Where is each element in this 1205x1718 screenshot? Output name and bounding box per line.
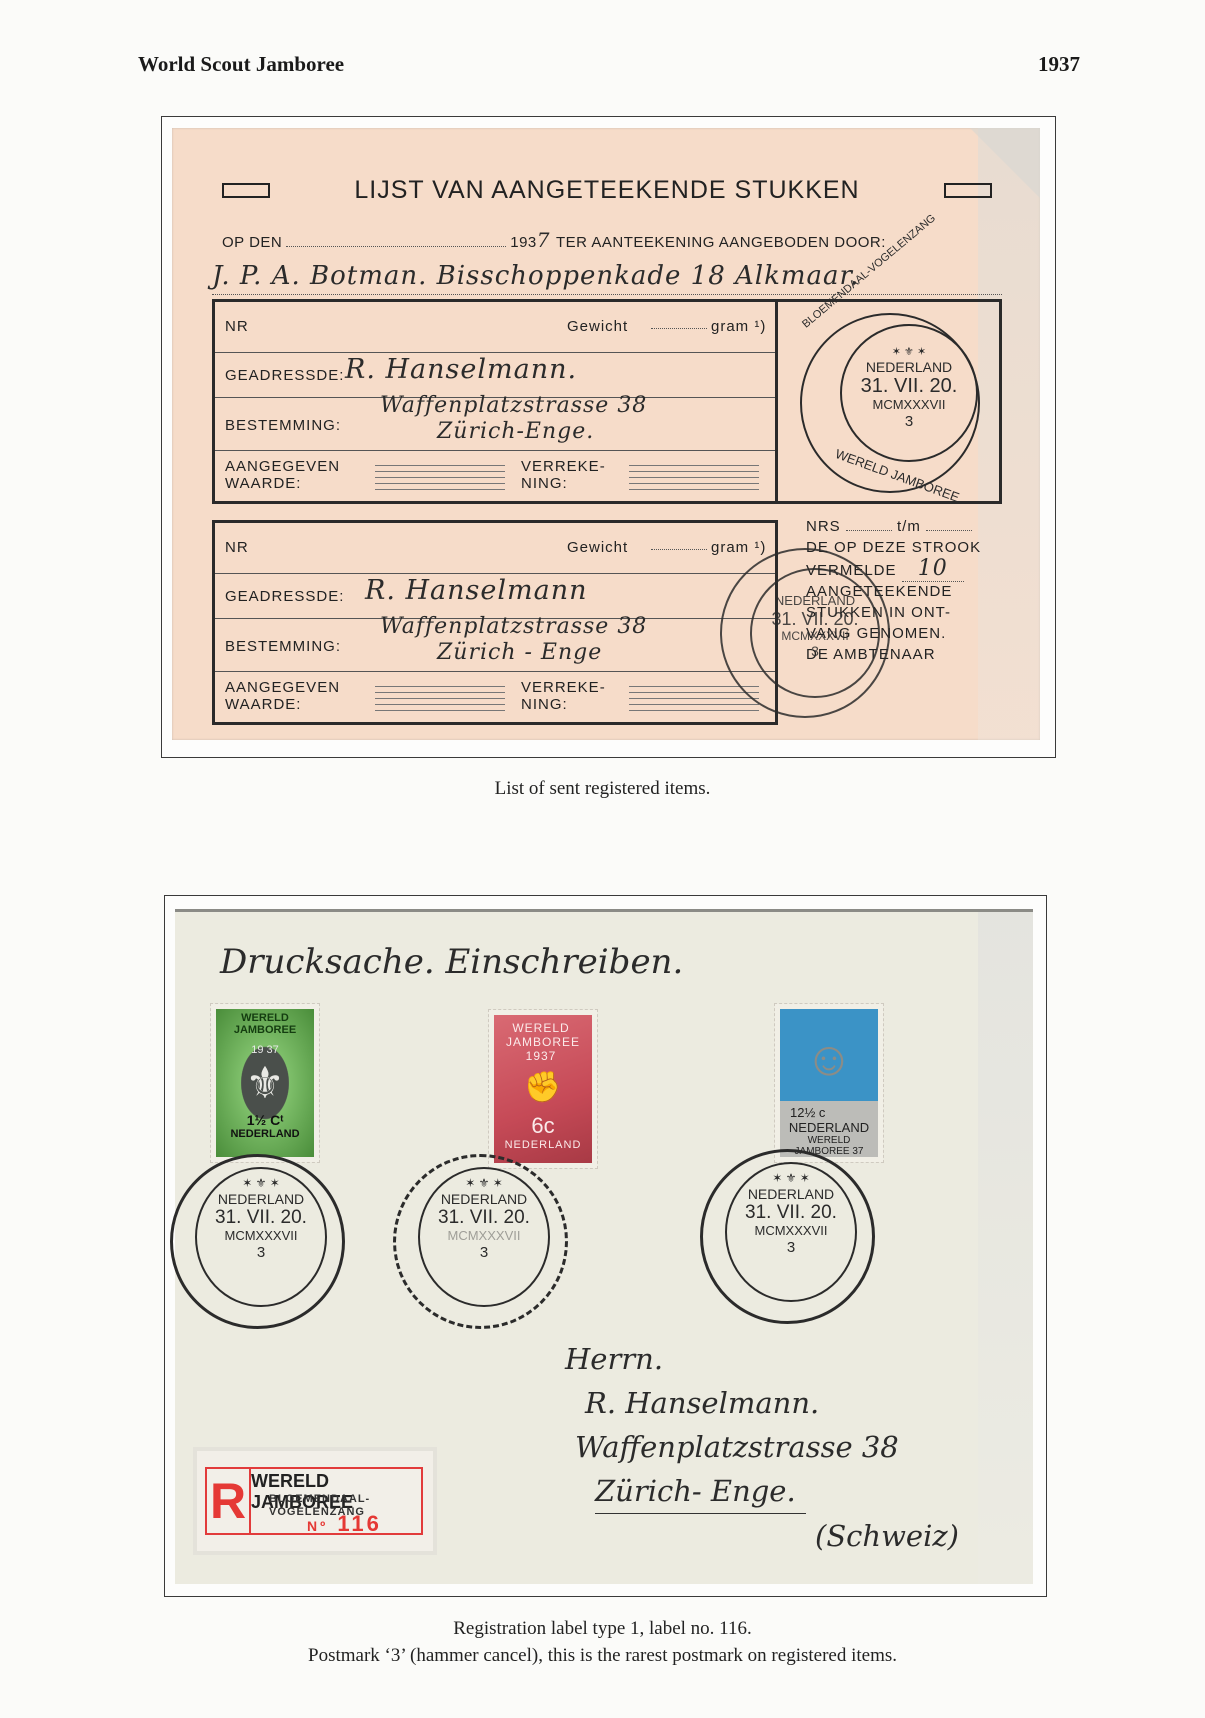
entry-2: NR Gewicht gram ¹) GEADRESSDE: R. Hansel… (212, 520, 778, 725)
reg-label-number: Nº 116 (307, 1511, 382, 1537)
gewicht-dots (651, 316, 707, 329)
protective-sleeve (978, 912, 1033, 1584)
postmark-form-2: NEDERLAND 31. VII. 20. MCMXXXVII 3 (750, 568, 880, 698)
gram-label: gram ¹) (711, 318, 766, 335)
registration-list-form: LIJST VAN AANGETEEKENDE STUKKEN OP DEN 1… (172, 128, 1040, 740)
fleur-de-lis-icon: ⚜ (216, 1056, 314, 1112)
entry-2-geadressde-row: GEADRESSDE: R. Hanselmann (215, 573, 775, 619)
geadressde-hand: R. Hanselmann (365, 575, 587, 606)
registration-label: R WERELD JAMBOREE BLOEMENDAAL- VOGELENZA… (197, 1451, 433, 1551)
ter-aanteekening-label: TER AANTEEKENING AANGEBODEN DOOR: (556, 234, 886, 251)
aangegeven-label: AANGEGEVENWAARDE: (225, 679, 340, 713)
verreke-label: VERREKE-NING: (521, 679, 606, 713)
address-line-2: R. Hanselmann. (585, 1381, 959, 1425)
postmark-form-1: ✶ ⚜ ✶ NEDERLAND 31. VII. 20. MCMXXXVII 3 (840, 324, 978, 462)
geadressde-label: GEADRESSDE: (225, 588, 344, 605)
form-title: LIJST VAN AANGETEEKENDE STUKKEN (354, 176, 859, 205)
waarde-lines (375, 460, 505, 490)
hand-flag-icon: ✊ (494, 1063, 592, 1113)
gewicht-label: Gewicht (567, 539, 628, 556)
stamp-1-5-cent: WERELD JAMBOREE 19 37 ⚜ 1½ Cᵗ NEDERLAND (211, 1004, 319, 1162)
caption-envelope: Registration label type 1, label no. 116… (0, 1615, 1205, 1669)
geadressde-label: GEADRESSDE: (225, 367, 344, 384)
caption-envelope-line-1: Registration label type 1, label no. 116… (0, 1615, 1205, 1642)
address-line-3: Waffenplatzstrasse 38 (575, 1425, 959, 1469)
address-line-4: Zürich- Enge. (595, 1469, 806, 1514)
hermes-statue-icon: ☺ (780, 1015, 878, 1105)
title-box-left (222, 183, 270, 198)
envelope-postmark-3: ✶ ⚜ ✶ NEDERLAND 31. VII. 20. MCMXXXVII 3 (725, 1162, 857, 1302)
envelope: Drucksache. Einschreiben. WERELD JAMBORE… (175, 909, 1033, 1584)
bestemming-hand-1: Waffenplatzstrasse 38 (380, 393, 647, 418)
registration-r-icon: R (207, 1469, 251, 1533)
bestemming-label: BESTEMMING: (225, 417, 341, 434)
envelope-postmark-1: ✶ ⚜ ✶ NEDERLAND 31. VII. 20. MCMXXXVII 3 (195, 1167, 327, 1307)
bestemming-hand-2: Zürich - Enge (437, 640, 602, 665)
aangegeven-label: AANGEGEVENWAARDE: (225, 458, 340, 492)
entry-2-bestemming-row: BESTEMMING: Waffenplatzstrasse 38 Zürich… (215, 618, 775, 672)
verreke-label: VERREKE-NING: (521, 458, 606, 492)
bestemming-hand-2: Zürich-Enge. (437, 419, 594, 444)
page-year: 1937 (1038, 52, 1080, 77)
entry-1-bestemming-row: BESTEMMING: Waffenplatzstrasse 38 Zürich… (215, 397, 775, 451)
entry-1-waarde-row: AANGEGEVENWAARDE: VERREKE-NING: (215, 450, 775, 501)
geadressde-hand: R. Hanselmann. (345, 354, 577, 385)
verreke-lines (629, 460, 759, 490)
nr-label: NR (225, 539, 249, 556)
year-prefix: 193 (510, 234, 537, 251)
entry-1-geadressde-row: GEADRESSDE: R. Hanselmann. (215, 352, 775, 398)
address-line-5: (Schweiz) (815, 1514, 959, 1558)
stamp-6-cent: WERELD JAMBOREE 1937 ✊ 6c NEDERLAND (489, 1010, 597, 1168)
caption-form: List of sent registered items. (0, 778, 1205, 800)
address-line-1: Herrn. (565, 1337, 959, 1381)
recipient-address: Herrn. R. Hanselmann. Waffenplatzstrasse… (565, 1337, 959, 1558)
envelope-postmark-2: ✶ ⚜ ✶ NEDERLAND 31. VII. 20. MCMXXXVII 3 (418, 1167, 550, 1307)
gewicht-label: Gewicht (567, 318, 628, 335)
gewicht-dots (651, 537, 707, 550)
bestemming-label: BESTEMMING: (225, 638, 341, 655)
date-dots (286, 234, 506, 247)
reg-label-line-2: BLOEMENDAAL- (269, 1493, 370, 1505)
entry-1-nr-row: NR Gewicht gram ¹) (215, 302, 775, 353)
form-title-row: LIJST VAN AANGETEEKENDE STUKKEN (222, 176, 992, 205)
stamp-12-5-cent: ☺ 12½ c NEDERLAND WERELD JAMBOREE 37 (775, 1004, 883, 1162)
entry-1: NR Gewicht gram ¹) GEADRESSDE: R. Hansel… (212, 299, 778, 504)
caption-envelope-line-2: Postmark ‘3’ (hammer cancel), this is th… (0, 1642, 1205, 1669)
strip-nrs-row: NRS t/m (806, 516, 1006, 537)
page-title: World Scout Jamboree (138, 52, 344, 77)
year-hand: 7 (537, 228, 550, 252)
op-den-label: OP DEN (222, 234, 282, 251)
entry-2-waarde-row: AANGEGEVENWAARDE: VERREKE-NING: (215, 671, 775, 722)
envelope-heading-handwriting: Drucksache. Einschreiben. (220, 942, 683, 982)
nr-label: NR (225, 318, 249, 335)
waarde-lines (375, 681, 505, 711)
entry-2-nr-row: NR Gewicht gram ¹) (215, 523, 775, 574)
gram-label: gram ¹) (711, 539, 766, 556)
title-box-right (944, 183, 992, 198)
bestemming-hand-1: Waffenplatzstrasse 38 (380, 614, 647, 639)
